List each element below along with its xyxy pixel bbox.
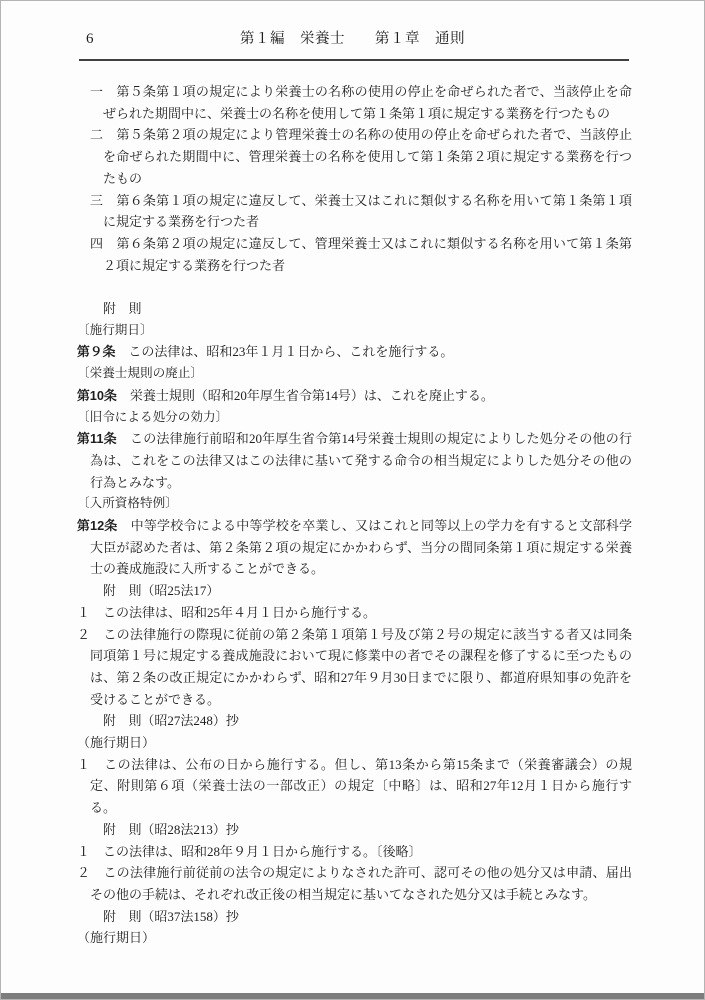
line-text: （昭27法248）抄: [141, 713, 239, 728]
line-text: （昭25法17）: [141, 583, 219, 598]
appendix-heading: 附 則: [77, 298, 632, 320]
appendix-label: 附 則: [103, 822, 141, 837]
numbered-paragraph: ２ この法律施行前従前の法令の規定によりなされた許可、認可その他の処分又は申請、…: [77, 862, 632, 905]
appendix-heading: 附 則（昭37法158）抄: [77, 906, 632, 928]
document-page: 6 第１編 栄養士 第１章 通則 一 第５条第１項の規定により栄養士の名称の使用…: [0, 0, 705, 1000]
numbered-paragraph: ２ この法律施行の際現に従前の第２条第１項第１号及び第２号の規定に該当する者又は…: [77, 624, 632, 711]
line-text: 中等学校令による中等学校を卒業し、又はこれと同等以上の学力を有すると文部科学大臣…: [90, 518, 632, 576]
appendix-label: 附 則: [103, 909, 141, 924]
numbered-item: 四 第６条第２項の規定に違反して、管理栄養士又はこれに類似する名称を用いて第１条…: [77, 233, 632, 276]
article-paragraph: 第11条 この法律施行前昭和20年厚生省令第14号栄養士規則の規定によりした処分…: [77, 428, 632, 493]
line-text: この法律は、昭和23年１月１日から、これを施行する。: [115, 344, 453, 359]
numbered-item: 三 第６条第１項の規定に違反して、栄養士又はこれに類似する名称を用いて第１条第１…: [77, 190, 632, 233]
page-body: 一 第５条第１項の規定により栄養士の名称の使用の停止を命ぜられた者で、当該停止を…: [77, 81, 632, 949]
appendix-heading: 附 則（昭27法248）抄: [77, 710, 632, 732]
article-number-label: 第12条: [77, 518, 117, 533]
line-text: （昭28法213）抄: [141, 822, 239, 837]
article-number-label: 第９条: [77, 344, 115, 359]
header-rule-divider: [79, 59, 629, 61]
article-number-label: 第11条: [77, 431, 117, 446]
bracket-heading: 〔入所資格特例〕: [77, 493, 632, 515]
bracket-heading: 〔旧令による処分の効力〕: [77, 407, 632, 429]
running-header-title: 第１編 栄養士 第１章 通則: [1, 29, 704, 49]
blank-line: [77, 276, 632, 298]
numbered-paragraph: １ この法律は、昭和25年４月１日から施行する。: [77, 602, 632, 624]
article-paragraph: 第12条 中等学校令による中等学校を卒業し、又はこれと同等以上の学力を有すると文…: [77, 515, 632, 580]
appendix-label: 附 則: [103, 713, 141, 728]
appendix-label: 附 則: [103, 583, 141, 598]
numbered-item: 一 第５条第１項の規定により栄養士の名称の使用の停止を命ぜられた者で、当該停止を…: [77, 81, 632, 124]
numbered-paragraph: １ この法律は、昭和28年９月１日から施行する。〔後略〕: [77, 841, 632, 863]
article-paragraph: 第９条 この法律は、昭和23年１月１日から、これを施行する。: [77, 341, 632, 363]
article-number-label: 第10条: [77, 388, 117, 403]
line-text: 栄養士規則（昭和20年厚生省令第14号）は、これを廃止する。: [117, 388, 494, 403]
line-text: この法律施行前昭和20年厚生省令第14号栄養士規則の規定によりした処分その他の行…: [90, 431, 632, 489]
numbered-paragraph: １ この法律は、公布の日から施行する。但し、第13条から第15条まで（栄養審議会…: [77, 754, 632, 819]
paren-heading: （施行期日）: [77, 732, 632, 754]
appendix-label: 附 則: [103, 301, 141, 316]
line-text: （昭37法158）抄: [141, 909, 239, 924]
bracket-heading: 〔栄養士規則の廃止〕: [77, 363, 632, 385]
paren-heading: （施行期日）: [77, 927, 632, 949]
article-paragraph: 第10条 栄養士規則（昭和20年厚生省令第14号）は、これを廃止する。: [77, 385, 632, 407]
page-bottom-edge: [1, 993, 704, 999]
numbered-item: 二 第５条第２項の規定により管理栄養士の名称の使用の停止を命ぜられた者で、当該停…: [77, 124, 632, 189]
bracket-heading: 〔施行期日〕: [77, 320, 632, 342]
appendix-heading: 附 則（昭28法213）抄: [77, 819, 632, 841]
appendix-heading: 附 則（昭25法17）: [77, 580, 632, 602]
